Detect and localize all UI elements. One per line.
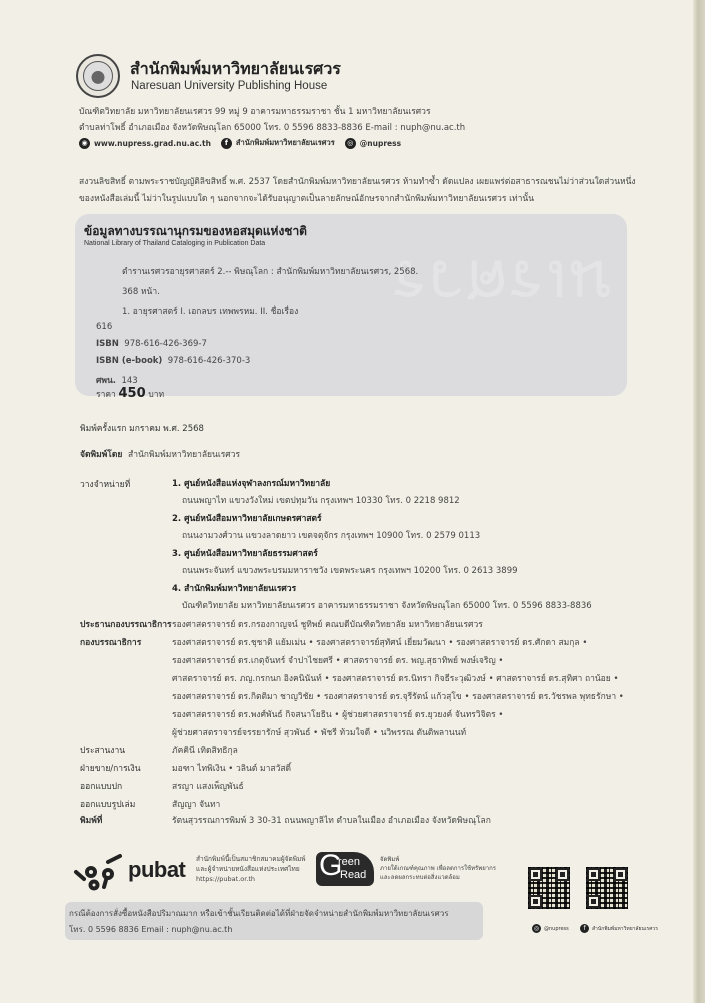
copyright-notice: สงวนลิขสิทธิ์ ตามพระราชบัญญัติลิขสิทธิ์ … [79, 174, 659, 208]
credit-label-sales: ฝ่ายขาย/การเงิน [80, 761, 141, 775]
distributor-address: ถนนพญาไท แขวงวังใหม่ เขตปทุมวัน กรุงเทพฯ… [182, 493, 592, 507]
credit-value: ศาสตราจารย์ ดร. ภญ.กรกนก อิงคนินันท์ • ร… [172, 671, 618, 685]
page-edge [693, 0, 705, 1003]
green-read-word1: reen [338, 856, 360, 868]
credit-label-layout-design: ออกแบบรูปเล่ม [80, 797, 135, 811]
distributor-address: บัณฑิตวิทยาลัย มหาวิทยาลัยนเรศวร อาคารมห… [182, 598, 592, 612]
cip-title-th: ข้อมูลทางบรรณานุกรมของหอสมุดแห่งชาติ [84, 222, 307, 241]
distribution-list: 1. ศูนย์หนังสือแห่งจุฬาลงกรณ์มหาวิทยาลัย… [172, 476, 592, 616]
pubat-text-line1: สำนักพิมพ์นี้เป็นสมาชิกสมาคมผู้จัดพิมพ์ [196, 854, 306, 864]
qr-code-facebook[interactable] [585, 866, 629, 910]
isbn-ebook: ISBN (e-book) 978-616-426-370-3 [96, 356, 250, 366]
credit-label-cover-design: ออกแบบปก [80, 779, 122, 793]
distributor-name: 2. ศูนย์หนังสือมหาวิทยาลัยเกษตรศาสตร์ [172, 511, 592, 525]
qr-caption-line: ◎ @nupress [532, 924, 569, 933]
pubat-text-line2: และผู้จำหน่ายหนังสือแห่งประเทศไทย [196, 864, 306, 874]
facebook-icon: f [580, 924, 589, 933]
cip-pages: 368 หน้า. [122, 284, 160, 298]
credit-label-editorial-board: กองบรรณาธิการ [80, 635, 141, 649]
credit-value: สรญา แสงเพ็ญพันธ์ [172, 779, 244, 793]
credit-value: ภัคคินี เทิดสิทธิกุล [172, 743, 238, 757]
university-seal-logo [76, 54, 120, 98]
cip-subjects: 1. อายุรศาสตร์ I. เอกลบร เทพพรหม. II. ชื… [122, 304, 298, 318]
publisher-address-line2: ตำบลท่าโพธิ์ อำเภอเมือง จังหวัดพิษณุโลก … [79, 120, 465, 134]
isbn-ebook-value: 978-616-426-370-3 [168, 356, 251, 366]
published-by-value: สำนักพิมพ์มหาวิทยาลัยนเรศวร [128, 447, 240, 461]
price: ราคา 450 บาท [96, 386, 164, 401]
distributor-name: 3. ศูนย์หนังสือมหาวิทยาลัยธรรมศาสตร์ [172, 546, 592, 560]
pubat-logo-word: pubat [128, 857, 185, 883]
cip-entry: ตำรานเรศวรอายุรศาสตร์ 2.-- พิษณุโลก : สำ… [122, 264, 418, 278]
bulk-order-contact: โทร. 0 5596 8836 Email : nuph@nu.ac.th [69, 922, 449, 938]
green-read-text-line3: และลดผลกระทบต่อสิ่งแวดล้อม [380, 873, 496, 882]
distribution-label: วางจำหน่ายที่ [80, 477, 130, 491]
line-link[interactable]: @nupress [360, 139, 401, 148]
bulk-order-text: กรณีต้องการสั่งซื้อหนังสือปริมาณมาก หรือ… [69, 906, 449, 938]
catalog-number: ศพน. 143 [96, 373, 138, 387]
pubat-url-link[interactable]: https://pubat.or.th [196, 874, 306, 884]
facebook-link[interactable]: สำนักพิมพ์มหาวิทยาลัยนเรศวร [236, 137, 335, 149]
green-read-word2: Read [340, 869, 366, 881]
qr-caption-text: @nupress [544, 926, 569, 932]
catalog-label: ศพน. [96, 376, 116, 386]
publisher-name-en: Naresuan University Publishing House [131, 80, 327, 92]
first-print: พิมพ์ครั้งแรก มกราคม พ.ศ. 2568 [80, 421, 204, 435]
website-link[interactable]: www.nupress.grad.nu.ac.th [94, 139, 211, 148]
credit-value: รองศาสตราจารย์ ดร.พงศ์พันธ์ กิจสนาโยธิน … [172, 707, 503, 721]
price-unit: บาท [148, 390, 164, 400]
line-icon: ◎ [532, 924, 541, 933]
copyright-line2: ของหนังสือเล่มนี้ ไม่ว่าในรูปแบบใด ๆ นอก… [79, 191, 659, 208]
credit-label-printer: พิมพ์ที่ [80, 813, 102, 827]
cip-class-number: 616 [96, 322, 112, 332]
bulk-order-line1: กรณีต้องการสั่งซื้อหนังสือปริมาณมาก หรือ… [69, 906, 449, 922]
green-read-description: จัดพิมพ์ ภายใต้เกณฑ์คุณภาพ เพื่อลดการใช้… [380, 855, 496, 882]
publisher-name-th: สำนักพิมพ์มหาวิทยาลัยนเรศวร [130, 57, 341, 82]
facebook-icon: f [221, 138, 232, 149]
qr-caption-facebook: f สำนักพิมพ์มหาวิทยาลัยนเรศวร [580, 924, 658, 933]
isbn-label: ISBN [96, 339, 119, 349]
published-by-label: จัดพิมพ์โดย [80, 447, 122, 461]
credit-value: รองศาสตราจารย์ ดร.กิตติมา ชาญวิชัย • รอง… [172, 689, 624, 703]
pubat-description: สำนักพิมพ์นี้เป็นสมาชิกสมาคมผู้จัดพิมพ์ … [196, 854, 306, 884]
copyright-line1: สงวนลิขสิทธิ์ ตามพระราชบัญญัติลิขสิทธิ์ … [79, 174, 659, 191]
credit-value: รองศาสตราจารย์ ดร.เกตุจันทร์ จำปาไชยศรี … [172, 653, 503, 667]
price-label: ราคา [96, 390, 116, 400]
qr-code-line[interactable] [527, 866, 571, 910]
credit-value: มอฑา ไทพิเงิน • วลินต์ มาสวัสดิ์ [172, 761, 291, 775]
distributor-name: 4. สำนักพิมพ์มหาวิทยาลัยนเรศวร [172, 581, 592, 595]
qr-caption-text: สำนักพิมพ์มหาวิทยาลัยนเรศวร [592, 925, 658, 933]
cip-title-en: National Library of Thailand Cataloging … [84, 240, 265, 247]
credit-value: รัตนสุวรรณการพิมพ์ 3 30-31 ถนนพญาลิไท ตำ… [172, 813, 491, 827]
credit-value: รองศาสตราจารย์ ดร.กรองกาญจน์ ชูทิพย์ คณบ… [172, 617, 483, 631]
isbn-ebook-label: ISBN (e-book) [96, 356, 162, 366]
line-icon: ◎ [345, 138, 356, 149]
catalog-value: 143 [121, 376, 137, 386]
green-read-text-line1: จัดพิมพ์ [380, 855, 496, 864]
publisher-social-row: ◉ www.nupress.grad.nu.ac.th f สำนักพิมพ์… [79, 137, 401, 149]
distributor-address: ถนนงามวงศ์วาน แขวงลาดยาว เขตจตุจักร กรุง… [182, 528, 592, 542]
green-read-logo: G reen Read [316, 852, 374, 886]
watermark-text: นเรศวร [390, 232, 613, 334]
publisher-address-line1: บัณฑิตวิทยาลัย มหาวิทยาลัยนเรศวร 99 หมู่… [79, 104, 431, 118]
price-value: 450 [119, 386, 146, 401]
isbn-print: ISBN 978-616-426-369-7 [96, 339, 207, 349]
credit-label-editor-in-chief: ประธานกองบรรณาธิการ [80, 617, 172, 631]
globe-icon: ◉ [79, 138, 90, 149]
green-read-text-line2: ภายใต้เกณฑ์คุณภาพ เพื่อลดการใช้ทรัพยากร [380, 864, 496, 873]
credit-label-coordinator: ประสานงาน [80, 743, 125, 757]
isbn-value: 978-616-426-369-7 [124, 339, 207, 349]
credit-value: ผู้ช่วยศาสตราจารย์จรรยารักษ์ สุวพันธ์ • … [172, 725, 466, 739]
credit-value: รองศาสตราจารย์ ดร.ชุชาติ แย้มเม่น • รองศ… [172, 635, 587, 649]
credit-value: สัญญา จันทา [172, 797, 220, 811]
distributor-name: 1. ศูนย์หนังสือแห่งจุฬาลงกรณ์มหาวิทยาลัย [172, 476, 592, 490]
distributor-address: ถนนพระจันทร์ แขวงพระบรมมหาราชวัง เขตพระน… [182, 563, 592, 577]
